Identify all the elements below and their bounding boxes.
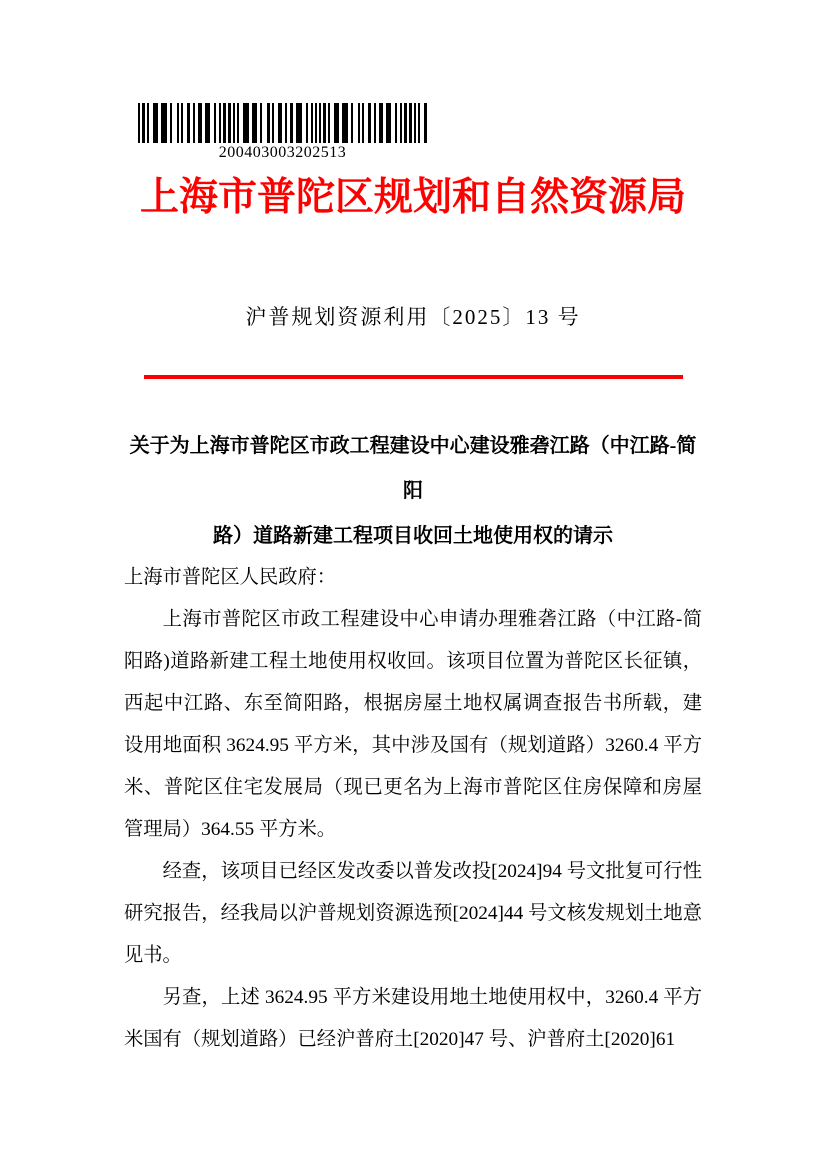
barcode-bar	[404, 103, 407, 143]
barcode-bar	[306, 103, 308, 143]
barcode-bar	[193, 103, 195, 143]
barcode-bar	[290, 103, 293, 143]
barcode-bar	[362, 103, 364, 143]
barcode-bar	[374, 103, 376, 143]
barcode-bar	[285, 103, 287, 143]
barcode-bar	[228, 103, 231, 143]
barcode-bar	[161, 103, 167, 143]
barcode-bar	[334, 103, 339, 143]
barcode-bar	[315, 103, 317, 143]
barcode-bar	[409, 103, 412, 143]
barcode-bar	[214, 103, 216, 143]
document-title: 关于为上海市普陀区市政工程建设中心建设雅砻江路（中江路-简阳 路）道路新建工程项…	[124, 424, 702, 559]
barcode-bar	[243, 103, 249, 143]
barcode-bar	[142, 103, 145, 143]
paragraph: 上海市普陀区市政工程建设中心申请办理雅砻江路（中江路-简阳路)道路新建工程土地使…	[124, 599, 702, 851]
barcode-bar	[379, 103, 383, 143]
red-divider-line	[144, 375, 683, 379]
document-title-line2: 路）道路新建工程项目收回土地使用权的请示	[124, 514, 702, 559]
barcode-bar	[323, 103, 326, 143]
barcode-bar	[170, 103, 172, 143]
barcode-bar	[223, 103, 226, 143]
barcode-bar	[181, 103, 183, 143]
barcode-bar	[278, 103, 282, 143]
barcode-bar	[260, 103, 262, 143]
barcode-bar	[177, 103, 179, 143]
barcode-bar	[138, 103, 140, 143]
barcode-bar	[328, 103, 330, 143]
barcode	[138, 103, 427, 143]
paragraph: 另查，上述 3624.95 平方米建设用地土地使用权中，3260.4 平方米国有…	[124, 977, 702, 1061]
document-body: 上海市普陀区人民政府： 上海市普陀区市政工程建设中心申请办理雅砻江路（中江路-简…	[124, 557, 702, 1061]
barcode-bar	[358, 103, 360, 143]
barcode-bar	[424, 103, 427, 143]
document-title-line1: 关于为上海市普陀区市政工程建设中心建设雅砻江路（中江路-简阳	[124, 424, 702, 514]
barcode-bar	[187, 103, 190, 143]
agency-title: 上海市普陀区规划和自然资源局	[0, 166, 826, 222]
barcode-bar	[342, 103, 348, 143]
barcode-bar	[414, 103, 416, 143]
barcode-bar	[319, 103, 321, 143]
barcode-bar	[400, 103, 402, 143]
barcode-bar	[351, 103, 353, 143]
salutation: 上海市普陀区人民政府：	[124, 557, 702, 599]
barcode-bar	[147, 103, 149, 143]
barcode-bar	[252, 103, 257, 143]
barcode-bar	[233, 103, 235, 143]
barcode-number: 200403003202513	[138, 144, 427, 162]
barcode-bar	[267, 103, 270, 143]
barcode-bar	[153, 103, 158, 143]
barcode-bar	[205, 103, 210, 143]
barcode-bar	[219, 103, 221, 143]
barcode-bar	[368, 103, 371, 143]
barcode-bar	[395, 103, 397, 143]
barcode-bar	[311, 103, 313, 143]
barcode-bar	[386, 103, 391, 143]
barcode-bar	[296, 103, 302, 143]
paragraph: 经查，该项目已经区发改委以普发改投[2024]94 号文批复可行性研究报告，经我…	[124, 851, 702, 977]
official-document-page: 200403003202513 上海市普陀区规划和自然资源局 沪普规划资源利用〔…	[0, 0, 826, 1169]
barcode-bar	[418, 103, 420, 143]
barcode-bar	[198, 103, 202, 143]
barcode-bar	[272, 103, 274, 143]
document-number: 沪普规划资源利用〔2025〕13 号	[0, 301, 826, 331]
barcode-bar	[237, 103, 239, 143]
